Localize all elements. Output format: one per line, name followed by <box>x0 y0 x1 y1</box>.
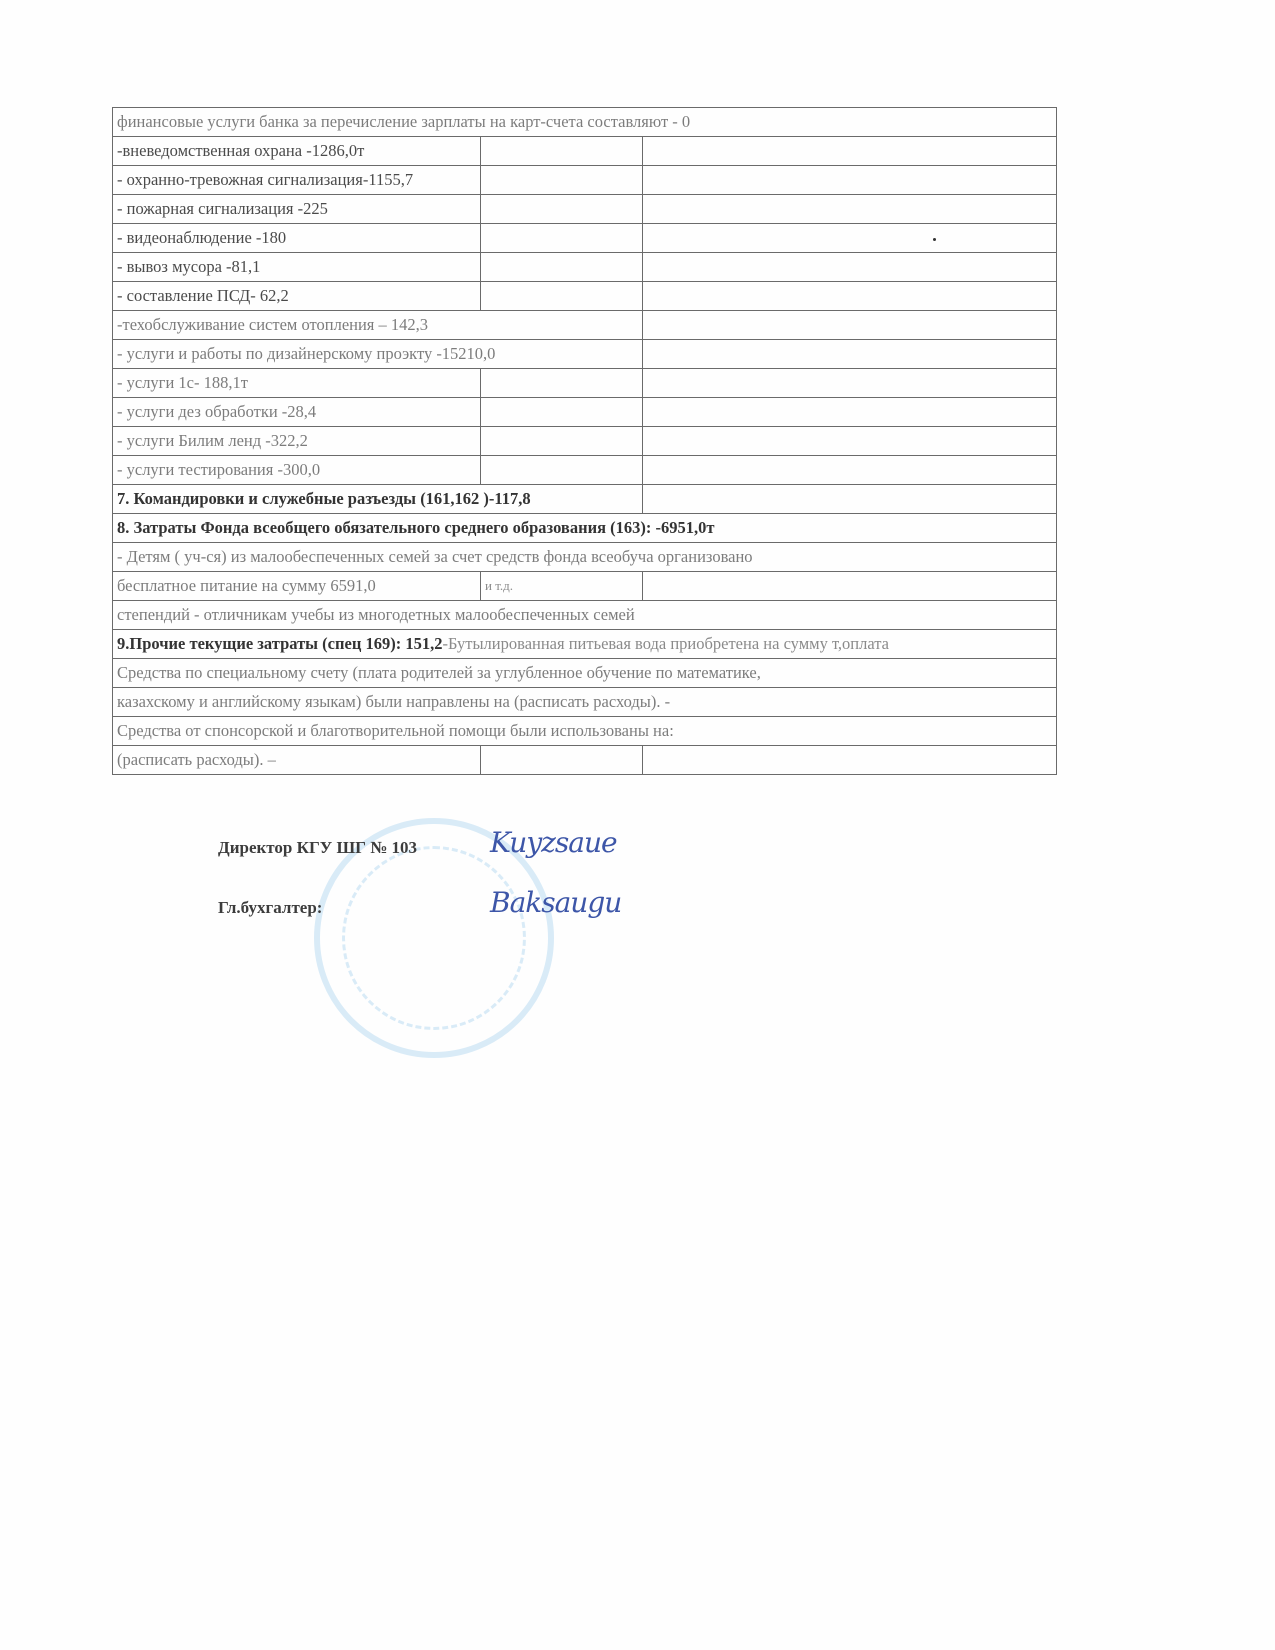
table-cell-empty <box>481 398 643 427</box>
table-row: - услуги дез обработки -28,4 <box>113 398 1057 427</box>
table-cell-empty <box>643 166 1057 195</box>
chief-accountant-label: Гл.бухгалтер: <box>218 898 322 918</box>
table-cell-empty <box>643 137 1057 166</box>
table-cell-empty <box>643 311 1057 340</box>
table-cell-empty <box>643 398 1057 427</box>
table-row: - вывоз мусора -81,1 <box>113 253 1057 282</box>
table-cell-empty <box>643 456 1057 485</box>
table-cell: - пожарная сигнализация -225 <box>113 195 481 224</box>
table-row: казахскому и английскому языкам) были на… <box>113 688 1057 717</box>
table-row: - услуги и работы по дизайнерскому проэк… <box>113 340 1057 369</box>
table-cell-empty <box>481 253 643 282</box>
table-cell: (расписать расходы). – <box>113 746 481 775</box>
table-cell-empty <box>643 427 1057 456</box>
table-cell-empty <box>481 166 643 195</box>
table-cell: Средства по специальному счету (плата ро… <box>113 659 1057 688</box>
table-cell: казахскому и английскому языкам) были на… <box>113 688 1057 717</box>
table-cell-empty <box>481 369 643 398</box>
table-cell-empty <box>643 369 1057 398</box>
table-cell-empty <box>643 485 1057 514</box>
table-row: - пожарная сигнализация -225 <box>113 195 1057 224</box>
table-cell-empty <box>481 746 643 775</box>
director-signature: Kuyzsaue <box>490 826 617 859</box>
signature-block: Директор КГУ ШГ № 103 Kuyzsaue Гл.бухгал… <box>218 830 718 1090</box>
table-cell-empty <box>643 340 1057 369</box>
table-row: - составление ПСД- 62,2 <box>113 282 1057 311</box>
table-row: -техобслуживание систем отопления – 142,… <box>113 311 1057 340</box>
section-heading-9: 9.Прочие текущие затраты (спец 169): 151… <box>113 630 1057 659</box>
table-cell-empty <box>481 456 643 485</box>
table-cell: - Детям ( уч-ся) из малообеспеченных сем… <box>113 543 1057 572</box>
chief-accountant-signature: Baksaugu <box>490 886 621 919</box>
table-cell-empty <box>643 572 1057 601</box>
table-cell: - вывоз мусора -81,1 <box>113 253 481 282</box>
table-cell-empty <box>643 282 1057 311</box>
table-row: финансовые услуги банка за перечисление … <box>113 108 1057 137</box>
table-row: 7. Командировки и служебные разъезды (16… <box>113 485 1057 514</box>
table-cell: Средства от спонсорской и благотворитель… <box>113 717 1057 746</box>
section-heading-9-title: 9.Прочие текущие затраты (спец 169): 151… <box>117 634 442 653</box>
table-row: - Детям ( уч-ся) из малообеспеченных сем… <box>113 543 1057 572</box>
table-cell: - видеонаблюдение -180 <box>113 224 481 253</box>
table-row: - видеонаблюдение -180 <box>113 224 1057 253</box>
table-row: - охранно-тревожная сигнализация-1155,7 <box>113 166 1057 195</box>
table-cell: - услуги дез обработки -28,4 <box>113 398 481 427</box>
table-row: Средства от спонсорской и благотворитель… <box>113 717 1057 746</box>
table-cell-empty <box>481 137 643 166</box>
table-cell: -вневедомственная охрана -1286,0т <box>113 137 481 166</box>
section-heading-9-detail: -Бутылированная питьевая вода приобретен… <box>442 634 889 653</box>
table-row: Средства по специальному счету (плата ро… <box>113 659 1057 688</box>
table-cell: бесплатное питание на сумму 6591,0 <box>113 572 481 601</box>
table-cell-empty <box>481 195 643 224</box>
table-cell: степендий - отличникам учебы из многодет… <box>113 601 1057 630</box>
table-cell: - услуги Билим ленд -322,2 <box>113 427 481 456</box>
table-row: степендий - отличникам учебы из многодет… <box>113 601 1057 630</box>
table-cell: - услуги 1с- 188,1т <box>113 369 481 398</box>
table-cell-empty <box>643 195 1057 224</box>
table-cell: - составление ПСД- 62,2 <box>113 282 481 311</box>
table-row: бесплатное питание на сумму 6591,0 и т.д… <box>113 572 1057 601</box>
table-row: - услуги тестирования -300,0 <box>113 456 1057 485</box>
table-cell: - услуги тестирования -300,0 <box>113 456 481 485</box>
document-page: финансовые услуги банка за перечисление … <box>0 0 1275 1650</box>
table-cell-empty <box>643 224 1057 253</box>
table-cell: - охранно-тревожная сигнализация-1155,7 <box>113 166 481 195</box>
table-row: 9.Прочие текущие затраты (спец 169): 151… <box>113 630 1057 659</box>
table-cell-empty <box>481 224 643 253</box>
table-cell-empty <box>643 746 1057 775</box>
table-row: (расписать расходы). – <box>113 746 1057 775</box>
table-cell: - услуги и работы по дизайнерскому проэк… <box>113 340 643 369</box>
table-cell: финансовые услуги банка за перечисление … <box>113 108 1057 137</box>
section-heading-8: 8. Затраты Фонда всеобщего обязательного… <box>113 514 1057 543</box>
table-cell: -техобслуживание систем отопления – 142,… <box>113 311 643 340</box>
scan-speck <box>933 238 936 241</box>
table-row: - услуги Билим ленд -322,2 <box>113 427 1057 456</box>
director-label: Директор КГУ ШГ № 103 <box>218 838 417 858</box>
table-row: -вневедомственная охрана -1286,0т <box>113 137 1057 166</box>
table-row: - услуги 1с- 188,1т <box>113 369 1057 398</box>
table-cell: и т.д. <box>481 572 643 601</box>
table-cell-empty <box>481 282 643 311</box>
table-cell-empty <box>643 253 1057 282</box>
table-row: 8. Затраты Фонда всеобщего обязательного… <box>113 514 1057 543</box>
table-cell-empty <box>481 427 643 456</box>
expense-report-table: финансовые услуги банка за перечисление … <box>112 107 1057 775</box>
section-heading-7: 7. Командировки и служебные разъезды (16… <box>113 485 643 514</box>
